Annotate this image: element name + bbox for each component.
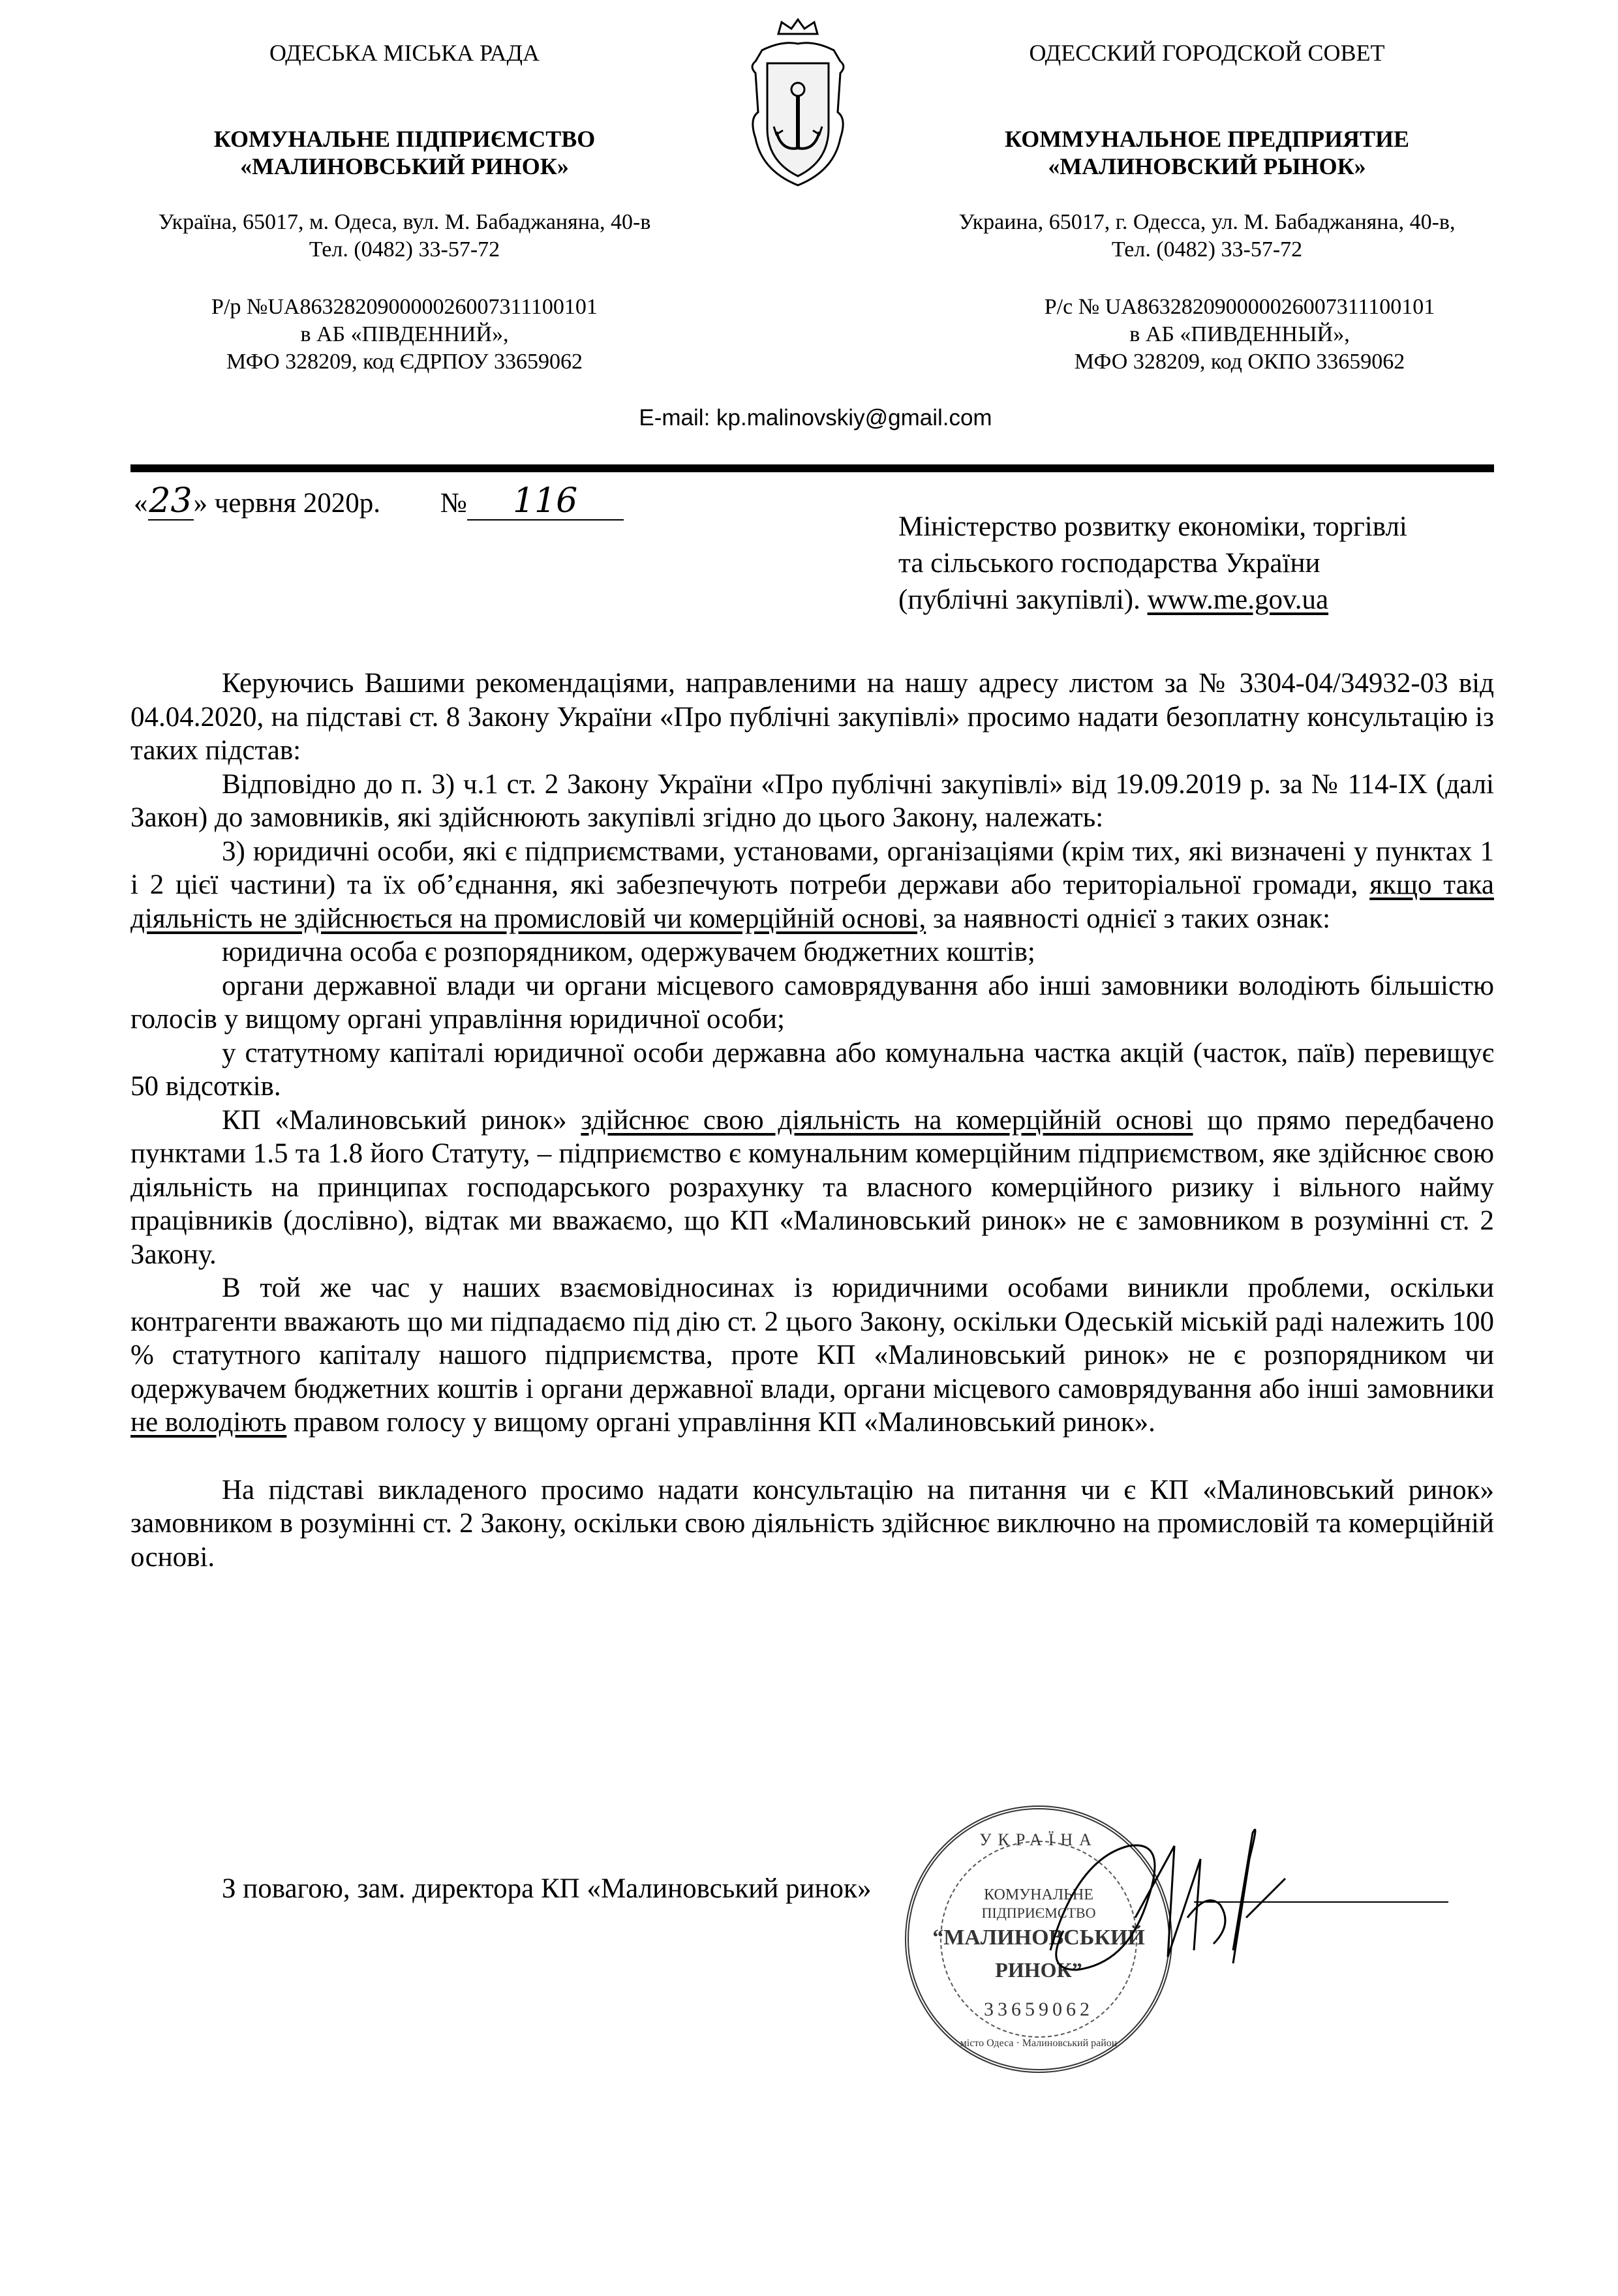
date-month-year: червня 2020р. xyxy=(215,488,380,519)
paragraph-conclusion: На підставі викладеного просимо надати к… xyxy=(130,1473,1494,1575)
email: E-mail: kp.malinovskiy@gmail.com xyxy=(457,403,1174,433)
council-name-ru: ОДЕССКИЙ ГОРОДСКОЙ СОВЕТ xyxy=(920,38,1494,68)
problems-underlined: не володіють xyxy=(130,1407,286,1438)
ministry-website-link[interactable]: www.me.gov.ua xyxy=(1148,584,1328,615)
address-uk: Україна, 65017, м. Одеса, вул. М. Бабадж… xyxy=(104,207,705,237)
bank-codes-ru: МФО 328209, код ОКПО 33659062 xyxy=(946,347,1533,377)
addressee-line1: Міністерство розвитку економіки, торгівл… xyxy=(898,509,1525,545)
outgoing-number-handwritten: 116 xyxy=(467,483,624,521)
paragraph-commercial-basis: КП «Малиновський ринок» здійснює свою ді… xyxy=(130,1104,1494,1272)
closing-signoff: З повагою, зам. директора КП «Малиновськ… xyxy=(222,1871,871,1907)
problems-text: В той же час у наших взаємовідносинах із… xyxy=(130,1273,1494,1404)
bank-account-ru: Р/с № UA863282090000026007311100101 xyxy=(946,292,1533,322)
date-day-handwritten: 23 xyxy=(148,483,194,521)
addressee-line2: та сільського господарства України xyxy=(898,545,1525,582)
council-name-uk: ОДЕСЬКА МІСЬКА РАДА xyxy=(117,38,692,68)
paragraph-criterion-3: у статутному капіталі юридичної особи де… xyxy=(130,1036,1494,1104)
commercial-basis-text: КП «Малиновський ринок» xyxy=(222,1105,581,1136)
bank-codes-uk: МФО 328209, код ЄДРПОУ 33659062 xyxy=(104,347,705,377)
paragraph-law-reference: Відповідно до п. 3) ч.1 ст. 2 Закону Укр… xyxy=(130,768,1494,835)
bank-account-uk: Р/р №UA863282090000026007311100101 xyxy=(104,292,705,322)
phone-ru: Тел. (0482) 33-57-72 xyxy=(881,235,1533,265)
bank-name-ru: в АБ «ПИВДЕННЫЙ», xyxy=(946,320,1533,350)
seal-code: 33659062 xyxy=(909,1999,1168,2021)
org-name-ru-line1: КОММУНАЛЬНОЕ ПРЕДПРИЯТИЕ xyxy=(920,124,1494,154)
bank-name-uk: в АБ «ПІВДЕННИЙ», xyxy=(104,320,705,350)
paragraph-clause-3: 3) юридичні особи, які є підприємствами,… xyxy=(130,835,1494,936)
odesa-coat-of-arms-icon xyxy=(723,14,873,190)
org-name-uk-line2: «МАЛИНОВСЬКИЙ РИНОК» xyxy=(117,151,692,181)
paragraph-criterion-1: юридична особа є розпорядником, одержува… xyxy=(130,935,1494,969)
handwritten-signature-icon xyxy=(1037,1820,1311,1996)
outgoing-number-label: № xyxy=(440,488,467,519)
letter-body: Керуючись Вашими рекомендаціями, направл… xyxy=(130,667,1494,1574)
commercial-basis-underlined: здійснює свою діяльність на комерційній … xyxy=(581,1105,1193,1136)
address-ru: Украина, 65017, г. Одесса, ул. М. Бабадж… xyxy=(881,207,1533,237)
addressee-line3-text: (публічні закупівлі). xyxy=(898,584,1148,615)
paragraph-criterion-2: органи державної влади чи органи місцево… xyxy=(130,969,1494,1036)
paragraph-problems: В той же час у наших взаємовідносинах із… xyxy=(130,1271,1494,1440)
paragraph-request: Керуючись Вашими рекомендаціями, направл… xyxy=(130,667,1494,768)
org-name-ru-line2: «МАЛИНОВСКИЙ РЫНОК» xyxy=(920,151,1494,181)
clause-3-tail: за наявності однієї з таких ознак: xyxy=(926,903,1330,934)
clause-3-text: 3) юридичні особи, які є підприємствами,… xyxy=(130,836,1494,901)
dateline: «23» червня 2020р. №116 xyxy=(134,483,624,522)
org-name-uk-line1: КОМУНАЛЬНЕ ПІДПРИЄМСТВО xyxy=(117,124,692,154)
addressee-line3: (публічні закупівлі). www.me.gov.ua xyxy=(898,582,1525,618)
addressee-block: Міністерство розвитку економіки, торгівл… xyxy=(898,509,1525,618)
date-close-quote: » xyxy=(194,488,208,519)
phone-uk: Тел. (0482) 33-57-72 xyxy=(104,235,705,265)
seal-bottom-arc: місто Одеса · Малиновський район xyxy=(909,2038,1168,2049)
problems-tail: правом голосу у вищому органі управління… xyxy=(286,1407,1155,1438)
letterhead-divider xyxy=(130,464,1494,472)
date-open-quote: « xyxy=(134,488,148,519)
